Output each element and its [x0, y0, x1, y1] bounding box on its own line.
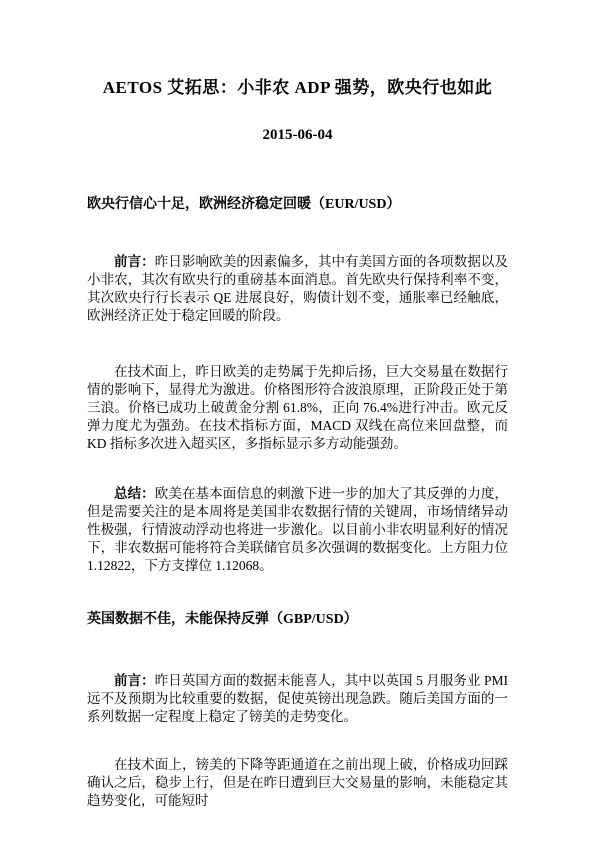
paragraph-label-preface: 前言：	[114, 673, 155, 688]
paragraph-text: 在技术面上，镑美的下降等距通道在之前出现上破，价格成功回踩确认之后，稳步上行，但…	[87, 757, 508, 808]
paragraph-label-summary: 总结：	[114, 486, 155, 501]
paragraph-eurusd-technical: 在技术面上，昨日欧美的走势属于先抑后扬，巨大交易量在数据行情的影响下，显得尤为激…	[87, 363, 508, 453]
paragraph-eurusd-summary: 总结：欧美在基本面信息的刺激下进一步的加大了其反弹的力度，但是需要关注的是本周将…	[87, 485, 508, 575]
section-heading-eurusd: 欧央行信心十足，欧洲经济稳定回暖（EUR/USD）	[87, 197, 508, 213]
document-page: AETOS 艾拓思：小非农 ADP 强势，欧央行也如此 2015-06-04 欧…	[0, 0, 595, 842]
paragraph-eurusd-preface: 前言：昨日影响欧美的因素偏多，其中有美国方面的各项数据以及小非农，其次有欧央行的…	[87, 253, 508, 325]
paragraph-label-preface: 前言：	[114, 254, 155, 269]
paragraph-gbpusd-technical: 在技术面上，镑美的下降等距通道在之前出现上破，价格成功回踩确认之后，稳步上行，但…	[87, 756, 508, 810]
paragraph-gbpusd-preface: 前言：昨日英国方面的数据未能喜人，其中以英国 5 月服务业 PMI 远不及预期为…	[87, 672, 508, 726]
paragraph-text: 在技术面上，昨日欧美的走势属于先抑后扬，巨大交易量在数据行情的影响下，显得尤为激…	[87, 364, 508, 451]
document-date: 2015-06-04	[87, 126, 508, 144]
section-heading-gbpusd: 英国数据不佳，未能保持反弹（GBP/USD）	[87, 612, 508, 628]
document-title: AETOS 艾拓思：小非农 ADP 强势，欧央行也如此	[87, 78, 508, 98]
